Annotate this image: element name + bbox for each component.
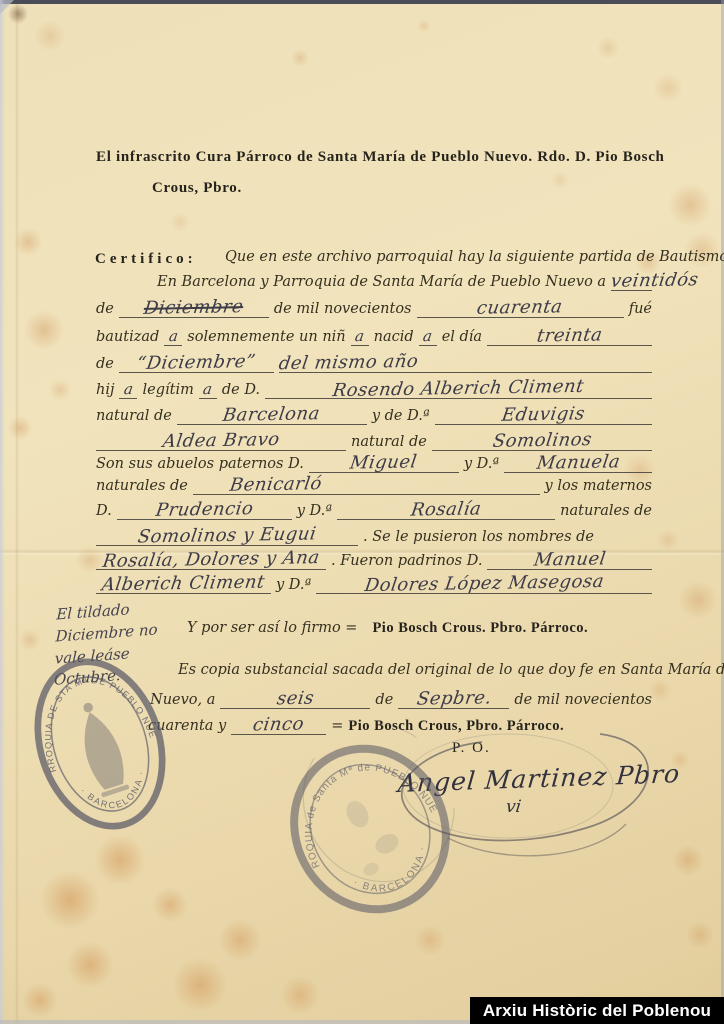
printed-text: y de D.ª xyxy=(372,408,430,424)
field-birth-month: “Diciembre” xyxy=(119,354,274,373)
printed-text: solemnemente un niñ xyxy=(187,329,345,345)
record-line-9: naturales de Benicarló y los maternos xyxy=(96,476,652,498)
deputy-signature-suffix: vi xyxy=(505,797,523,817)
stamp-center-smudge xyxy=(332,790,408,878)
handwritten-entry: Manuela xyxy=(535,453,621,472)
certify-label: Certifico: xyxy=(95,251,197,268)
parish-priest-name: Pio Bosch Crous. Pbro. Párroco. xyxy=(372,620,588,637)
handwritten-entry: a xyxy=(422,329,434,344)
document-header-line2: Crous, Pbro. xyxy=(152,180,242,197)
printed-text: = xyxy=(331,718,343,734)
printed-text: Nuevo, a xyxy=(150,692,215,708)
printed-text: de xyxy=(96,356,114,372)
archive-watermark-label: Arxiu Històric del Poblenou xyxy=(483,1001,711,1021)
field-gender-suffix-5: a xyxy=(199,382,217,399)
handwritten-entry: cuarenta xyxy=(476,298,564,317)
field-copy-month: Sepbre. xyxy=(398,690,509,709)
handwritten-entry: cinco xyxy=(252,716,306,735)
field-father-origin: Barcelona xyxy=(177,406,367,425)
handwritten-entry: Eduvigis xyxy=(501,405,586,424)
printed-text: fué xyxy=(629,301,652,317)
printed-text: de xyxy=(96,301,114,317)
record-line-7: Aldea Bravo natural de Somolinos xyxy=(96,432,652,454)
handwritten-entry: Somolinos xyxy=(491,431,593,451)
copy-statement-row-2: Nuevo, a seis de Sepbre. de mil novecien… xyxy=(150,690,652,712)
handwritten-entry: Rosendo Alberich Climent xyxy=(332,378,586,400)
handwritten-entry: Benicarló xyxy=(229,475,324,495)
handwritten-entry: Rosalía, Dolores y Ana xyxy=(101,549,320,571)
printed-text: y D.ª xyxy=(464,456,499,472)
field-given-names: Rosalía, Dolores y Ana xyxy=(96,551,326,570)
field-mother-name: Eduvigis xyxy=(435,406,652,425)
printed-text: de xyxy=(375,692,393,708)
handwritten-entry: Aldea Bravo xyxy=(161,431,280,451)
corner-fold xyxy=(0,0,14,14)
printed-text: y D.ª xyxy=(276,577,311,593)
field-baptism-day: veintidós xyxy=(611,272,652,291)
printed-text: de mil novecientos xyxy=(274,301,412,317)
scan-edge-top xyxy=(0,0,724,4)
handwritten-entry: a xyxy=(123,382,135,397)
record-line-2: de Diciembre de mil novecientos cuarenta… xyxy=(96,299,652,321)
certify-text: Que en este archivo parroquial hay la si… xyxy=(225,249,724,265)
handwritten-entry: Alberich Climent xyxy=(101,574,266,595)
printed-text: nacid xyxy=(374,329,414,345)
printed-text: Es copia substancial sacada del original… xyxy=(178,662,724,678)
madonna-figure xyxy=(71,698,132,798)
handwritten-entry-struck: Diciembre xyxy=(143,298,245,318)
field-grandmother-maternal: Rosalía xyxy=(337,501,555,520)
printed-text: naturales de xyxy=(560,503,652,519)
printed-text: legítim xyxy=(142,382,193,398)
handwritten-entry: veintidós xyxy=(610,271,700,291)
field-grandparents-maternal-origin: Somolinos y Eugui xyxy=(96,527,358,546)
field-gender-suffix-1: a xyxy=(164,329,182,346)
field-mother-origin: Somolinos xyxy=(432,432,652,451)
handwritten-entry: seis xyxy=(276,690,316,709)
field-grandfather-paternal: Miguel xyxy=(309,454,459,473)
handwritten-entry: Sepbre. xyxy=(415,689,492,708)
printed-text: de D. xyxy=(222,382,260,398)
certify-text-row: Que en este archivo parroquial hay la si… xyxy=(225,249,645,271)
handwritten-entry: a xyxy=(354,329,366,344)
signed-statement-row: Y por ser así lo firmo = Pio Bosch Crous… xyxy=(187,620,647,642)
vertical-crease xyxy=(15,0,19,1024)
field-grandmother-paternal: Manuela xyxy=(504,454,652,473)
field-mother-surnames: Aldea Bravo xyxy=(96,432,346,451)
stamp-outer-ring xyxy=(266,722,474,936)
printed-text: bautizad xyxy=(96,329,159,345)
printed-text: de mil novecientos xyxy=(514,692,652,708)
printed-text: D. xyxy=(96,503,112,519)
field-godfather-surnames: Alberich Climent xyxy=(96,575,271,594)
field-godmother-name: Dolores López Masegosa xyxy=(316,575,652,594)
scan-edge-left xyxy=(0,0,5,1024)
field-gender-suffix-3: a xyxy=(419,329,437,346)
printed-text: y D.ª xyxy=(297,503,332,519)
record-line-5: hij a legítim a de D. Rosendo Alberich C… xyxy=(96,380,652,402)
field-grandparents-paternal-origin: Benicarló xyxy=(193,476,540,495)
printed-text: Y por ser así lo firmo = xyxy=(187,620,357,636)
record-line-11: Somolinos y Eugui . Se le pusieron los n… xyxy=(96,527,652,549)
handwritten-entry: Rosalía xyxy=(410,500,483,519)
stamp-ghost-ring xyxy=(276,711,482,908)
stamp-text-top: PARROQUIA DE STA Mª DE PUEBLO NUEVO xyxy=(7,634,159,778)
printed-text: natural de xyxy=(351,434,427,450)
handwritten-entry: “Diciembre” xyxy=(136,353,257,373)
record-line-1: En Barcelona y Parroquia de Santa María … xyxy=(96,272,652,294)
handwritten-entry: Manuel xyxy=(532,550,606,569)
printed-text: el día xyxy=(442,329,482,345)
record-line-12: Rosalía, Dolores y Ana . Fueron padrinos… xyxy=(96,551,652,573)
record-line-10: D. Prudencio y D.ª Rosalía naturales de xyxy=(96,501,652,523)
by-order-label: P. O. xyxy=(452,740,491,757)
handwritten-entry: a xyxy=(202,382,214,397)
handwritten-entry: Somolinos y Eugui xyxy=(136,525,317,546)
printed-text: y los maternos xyxy=(545,478,652,494)
handwritten-entry: a xyxy=(167,329,179,344)
field-birth-year: del mismo año xyxy=(279,354,652,373)
svg-text:· BARCELONA ·: · BARCELONA · xyxy=(349,840,441,909)
printed-text: . Fueron padrinos D. xyxy=(331,553,482,569)
record-line-6: natural de Barcelona y de D.ª Eduvigis xyxy=(96,406,652,428)
stamp-text-bottom: · BARCELONA · xyxy=(349,840,441,909)
record-line-13: Alberich Climent y D.ª Dolores López Mas… xyxy=(96,575,652,597)
printed-text: naturales de xyxy=(96,478,188,494)
document-header-line1: El infrascrito Cura Párroco de Santa Mar… xyxy=(96,149,665,166)
field-father-name: Rosendo Alberich Climent xyxy=(265,380,652,399)
field-baptism-year: cuarenta xyxy=(417,299,624,318)
field-birth-day: treinta xyxy=(487,327,652,346)
field-baptism-month: Diciembre xyxy=(119,299,269,318)
field-godfather-name: Manuel xyxy=(487,551,652,570)
printed-text: hij xyxy=(96,382,114,398)
handwritten-entry: Dolores López Masegosa xyxy=(363,573,605,595)
handwritten-entry: del mismo año xyxy=(277,353,419,373)
record-line-8: Son sus abuelos paternos D. Miguel y D.ª… xyxy=(96,454,652,476)
handwritten-entry: Prudencio xyxy=(154,500,254,520)
handwritten-entry: treinta xyxy=(536,326,604,345)
baptism-certificate-scan: El infrascrito Cura Párroco de Santa Mar… xyxy=(0,0,724,1024)
field-gender-suffix-4: a xyxy=(119,382,137,399)
handwritten-entry: Miguel xyxy=(349,453,418,472)
archive-watermark: Arxiu Històric del Poblenou xyxy=(470,997,724,1024)
field-copy-year: cinco xyxy=(231,716,326,735)
svg-text:PARROQUIA DE STA Mª DE PUEBLO: PARROQUIA DE STA Mª DE PUEBLO NUEVO xyxy=(7,634,159,778)
field-gender-suffix-2: a xyxy=(351,329,369,346)
handwritten-entry: Barcelona xyxy=(222,405,322,425)
printed-text: . Se le pusieron los nombres de xyxy=(363,529,594,545)
record-line-4: de “Diciembre” del mismo año xyxy=(96,354,652,376)
record-line-3: bautizad a solemnemente un niñ a nacid a… xyxy=(96,327,652,349)
field-grandfather-maternal: Prudencio xyxy=(117,501,292,520)
printed-text: natural de xyxy=(96,408,172,424)
copy-statement-row-1: Es copia substancial sacada del original… xyxy=(178,662,652,684)
field-copy-day: seis xyxy=(220,690,370,709)
printed-text: En Barcelona y Parroquia de Santa María … xyxy=(157,274,606,290)
printed-text: Son sus abuelos paternos D. xyxy=(96,456,304,472)
